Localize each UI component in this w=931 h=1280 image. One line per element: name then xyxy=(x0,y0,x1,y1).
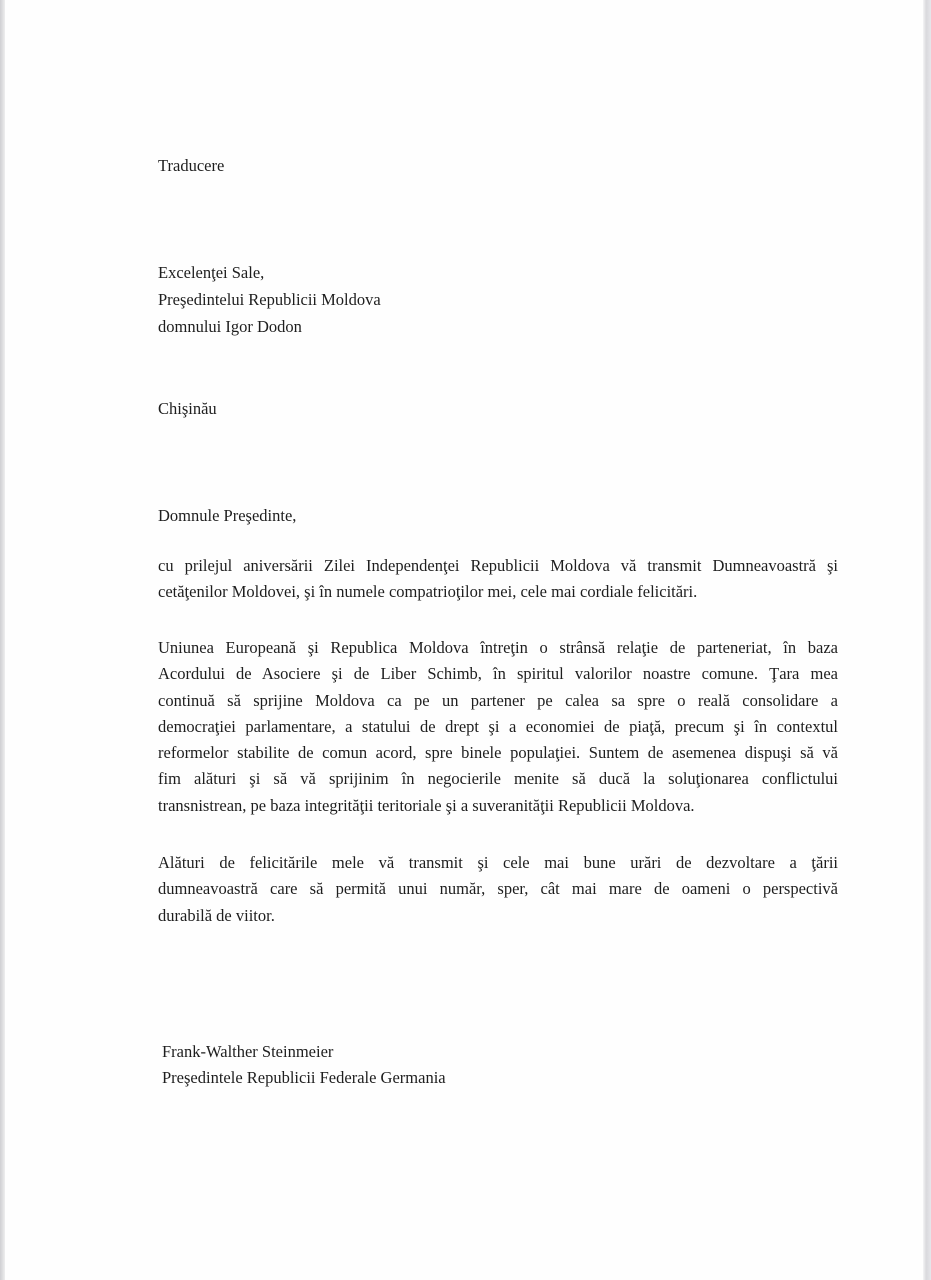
paragraph-line: cetăţenilor Moldovei, şi în numele compa… xyxy=(158,579,838,605)
paragraph-line: Acordului de Asociere şi de Liber Schimb… xyxy=(158,661,838,687)
addressee-line-2: Preşedintelui Republicii Moldova xyxy=(158,289,381,310)
paragraph-line: continuă să sprijine Moldova ca pe un pa… xyxy=(158,688,838,714)
salutation: Domnule Preşedinte, xyxy=(158,505,296,526)
paragraph-line: dumneavoastră care să permită unui număr… xyxy=(158,876,838,902)
place: Chişinău xyxy=(158,398,217,419)
paragraph-line: transnistrean, pe baza integrităţii teri… xyxy=(158,793,838,819)
paragraph-3: Alături de felicitările mele vă transmit… xyxy=(158,850,838,929)
paragraph-line: Uniunea Europeană şi Republica Moldova î… xyxy=(158,635,838,661)
page-right-edge xyxy=(923,0,931,1280)
addressee-line-1: Excelenţei Sale, xyxy=(158,262,264,283)
paragraph-line: fim alături şi să vă sprijinim în negoci… xyxy=(158,766,838,792)
addressee-line-3: domnului Igor Dodon xyxy=(158,316,302,337)
signature-name: Frank-Walther Steinmeier xyxy=(162,1041,333,1062)
signature-title: Preşedintele Republicii Federale Germani… xyxy=(162,1067,446,1088)
paragraph-line: Alături de felicitările mele vă transmit… xyxy=(158,850,838,876)
paragraph-2: Uniunea Europeană şi Republica Moldova î… xyxy=(158,635,838,819)
paragraph-1: cu prilejul aniversării Zilei Independen… xyxy=(158,553,838,606)
paragraph-line: cu prilejul aniversării Zilei Independen… xyxy=(158,553,838,579)
paragraph-line: reformelor stabilite de comun acord, spr… xyxy=(158,740,838,766)
translation-label: Traducere xyxy=(158,155,224,176)
paragraph-line: democraţiei parlamentare, a statului de … xyxy=(158,714,838,740)
paragraph-line: durabilă de viitor. xyxy=(158,903,838,929)
